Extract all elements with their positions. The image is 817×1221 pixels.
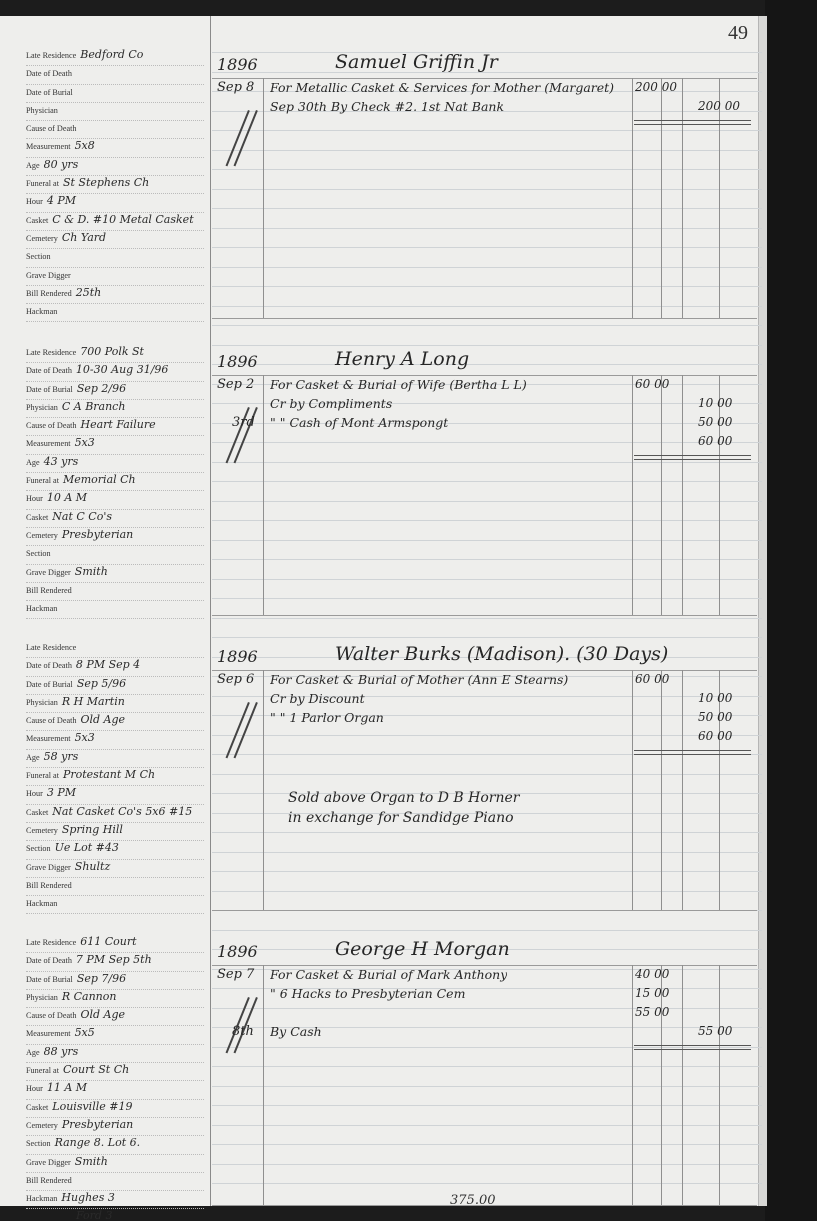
field-label: Date of Death: [26, 69, 72, 78]
field-label: Funeral at: [26, 771, 59, 780]
field-label: Physician: [26, 106, 58, 115]
field-hackman: HackmanHughes 3: [26, 1191, 204, 1209]
field-date-of-burial: Date of BurialSep 7/96: [26, 972, 204, 990]
field-physician: Physician: [26, 103, 204, 121]
field-value: 8 PM Sep 4: [76, 658, 140, 671]
field-value: 88 yrs: [44, 1045, 79, 1058]
field-age: Age43 yrs: [26, 455, 204, 473]
field-physician: PhysicianR Cannon: [26, 990, 204, 1008]
field-cemetery: CemeterySpring Hill: [26, 823, 204, 841]
field-grave-digger: Grave DiggerShultz: [26, 860, 204, 878]
field-label: Physician: [26, 698, 58, 707]
line-credit: 60 00: [698, 434, 732, 448]
field-bill-rendered: Bill Rendered: [26, 1173, 204, 1191]
field-label: Bill Rendered: [26, 1176, 72, 1185]
field-label: Grave Digger: [26, 271, 71, 280]
field-label: Cause of Death: [26, 421, 76, 430]
field-casket: CasketLouisville #19: [26, 1100, 204, 1118]
field-label: Hackman: [26, 604, 57, 613]
field-label: Casket: [26, 1103, 48, 1112]
field-label: Cause of Death: [26, 716, 76, 725]
field-value: Heart Failure: [80, 418, 155, 431]
field-value: 5x3: [75, 436, 95, 449]
column-rule: [682, 670, 683, 910]
column-rule: [263, 965, 264, 1205]
field-label: Bill Rendered: [26, 289, 72, 298]
field-label: Date of Burial: [26, 385, 73, 394]
line-date: Sep 7: [217, 967, 254, 982]
field-bill-rendered: Bill Rendered: [26, 583, 204, 601]
field-label: Grave Digger: [26, 568, 71, 577]
field-label: Hour: [26, 789, 43, 798]
field-value: 3 PM: [47, 786, 76, 799]
field-value: 11 A M: [47, 1081, 87, 1094]
field-date-of-burial: Date of BurialSep 5/96: [26, 677, 204, 695]
column-rule: [661, 78, 662, 318]
column-rule: [263, 670, 264, 910]
field-value: Old Age: [80, 1008, 125, 1021]
field-hackman: Hackman: [26, 896, 204, 914]
page-number: 49: [728, 22, 748, 45]
field-label: Section: [26, 1139, 51, 1148]
field-value: 5x8: [75, 139, 95, 152]
field-section: Section: [26, 546, 204, 564]
column-rule: [632, 965, 633, 1205]
field-value: Memorial Ch: [63, 473, 136, 486]
field-value: Range 8. Lot 6.: [55, 1136, 141, 1149]
field-cause-of-death: Cause of DeathHeart Failure: [26, 418, 204, 436]
field-age: Age88 yrs: [26, 1045, 204, 1063]
entry-name: George H Morgan: [335, 938, 510, 960]
field-label: Funeral at: [26, 179, 59, 188]
field-label: Funeral at: [26, 476, 59, 485]
field-bill-rendered: Bill Rendered: [26, 878, 204, 896]
line-debit: 40 00: [635, 967, 669, 981]
book-binding: [765, 0, 817, 1221]
entry-note: in exchange for Sandidge Piano: [288, 810, 514, 826]
field-cause-of-death: Cause of Death: [26, 121, 204, 139]
entry-fields: Late ResidenceDate of Death8 PM Sep 4Dat…: [26, 640, 204, 914]
field-value: 80 yrs: [44, 158, 79, 171]
entry-note: Sold above Organ to D B Horner: [288, 790, 519, 806]
field-label: Grave Digger: [26, 1158, 71, 1167]
field-value: Ch Yard: [62, 231, 106, 244]
field-value: Nat C Co's: [52, 510, 112, 523]
field-label: Casket: [26, 808, 48, 817]
field-hour: Hour4 PM: [26, 194, 204, 212]
account-closed-rule: [634, 750, 751, 755]
field-date-of-burial: Date of Burial: [26, 85, 204, 103]
line-description: Cr by Compliments: [270, 396, 392, 411]
ruled-line: [212, 637, 762, 638]
field-physician: PhysicianC A Branch: [26, 400, 204, 418]
column-rule: [682, 78, 683, 318]
line-description: For Casket & Burial of Mark Anthony: [270, 967, 507, 982]
field-label: Late Residence: [26, 643, 76, 652]
field-value: 10-30 Aug 31/96: [76, 363, 168, 376]
field-measurement: Measurement5x5: [26, 1026, 204, 1044]
column-rule: [263, 78, 264, 318]
field-cemetery: CemeteryPresbyterian: [26, 528, 204, 546]
field-label: Date of Burial: [26, 975, 73, 984]
entry-fields: Late Residence700 Polk StDate of Death10…: [26, 345, 204, 619]
field-label: Age: [26, 161, 40, 170]
entry-header-rule: [212, 375, 757, 376]
line-description: " " 1 Parlor Organ: [270, 710, 384, 725]
entry-bottom-rule: [212, 318, 757, 319]
field-label: Cause of Death: [26, 124, 76, 133]
entry-year: 1896: [217, 352, 258, 371]
line-description: " 6 Hacks to Presbyterian Cem: [270, 986, 465, 1001]
field-label: Measurement: [26, 142, 71, 151]
field-value: Ford 3: [76, 1209, 112, 1221]
field-value: Presbyterian: [62, 528, 133, 541]
column-rule: [719, 375, 720, 615]
field-label: Age: [26, 1048, 40, 1057]
field-label: Hour: [26, 494, 43, 503]
entry-header-rule: [212, 670, 757, 671]
field-label: Measurement: [26, 734, 71, 743]
field-casket: CasketNat C Co's: [26, 510, 204, 528]
column-rule: [682, 965, 683, 1205]
ledger-entry: Late Residence611 CourtDate of Death7 PM…: [0, 935, 765, 1221]
field-section: SectionRange 8. Lot 6.: [26, 1136, 204, 1154]
line-debit: 200 00: [635, 80, 677, 94]
line-date: 8th: [232, 1024, 254, 1039]
field-late-residence: Late Residence700 Polk St: [26, 345, 204, 363]
field-value: Sep 5/96: [77, 677, 126, 690]
entry-header-rule: [212, 965, 757, 966]
line-credit: 55 00: [698, 1024, 732, 1038]
column-rule: [661, 965, 662, 1205]
field-value: Smith: [75, 565, 108, 578]
ledger-entry: Late Residence700 Polk StDate of Death10…: [0, 345, 765, 635]
field-hour: Hour11 A M: [26, 1081, 204, 1099]
field-hour: Hour10 A M: [26, 491, 204, 509]
field-value: Presbyterian: [62, 1118, 133, 1131]
field-casket: CasketNat Casket Co's 5x6 #15: [26, 805, 204, 823]
field-label: Date of Death: [26, 956, 72, 965]
field-value: Bedford Co: [80, 48, 143, 61]
field-grave-digger: Grave DiggerSmith: [26, 1155, 204, 1173]
field-hackman: Hackman: [26, 601, 204, 619]
field-label: Date of Death: [26, 661, 72, 670]
field-late-residence: Late ResidenceBedford Co: [26, 48, 204, 66]
field-value: R Cannon: [62, 990, 117, 1003]
field-casket: CasketC & D. #10 Metal Casket: [26, 213, 204, 231]
field-label: Grave Digger: [26, 863, 71, 872]
field-label: Late Residence: [26, 348, 76, 357]
line-debit: 60 00: [635, 672, 669, 686]
field-label: Measurement: [26, 439, 71, 448]
field-value: Ue Lot #43: [55, 841, 119, 854]
entry-fields: Late ResidenceBedford CoDate of DeathDat…: [26, 48, 204, 322]
field-label: Late Residence: [26, 51, 76, 60]
field-measurement: Measurement5x8: [26, 139, 204, 157]
entry-fields: Late Residence611 CourtDate of Death7 PM…: [26, 935, 204, 1221]
line-description: For Casket & Burial of Mother (Ann E Ste…: [270, 672, 568, 687]
field-date-of-death: Date of Death7 PM Sep 5th: [26, 953, 204, 971]
field-value: Nat Casket Co's 5x6 #15: [52, 805, 192, 818]
field-value: 43 yrs: [44, 455, 79, 468]
field-label: Hackman: [26, 307, 57, 316]
field-label: Cemetery: [26, 531, 58, 540]
field-section: Section: [26, 249, 204, 267]
account-closed-rule: [634, 120, 751, 125]
field-label: Casket: [26, 216, 48, 225]
field-value: Spring Hill: [62, 823, 123, 836]
field-cemetery: CemeteryCh Yard: [26, 231, 204, 249]
line-description: For Metallic Casket & Services for Mothe…: [270, 80, 614, 95]
field-label: Late Residence: [26, 938, 76, 947]
field-funeral-at: Funeral atCourt St Ch: [26, 1063, 204, 1081]
ledger-entry: Late ResidenceDate of Death8 PM Sep 4Dat…: [0, 640, 765, 930]
line-description: For Casket & Burial of Wife (Bertha L L): [270, 377, 527, 392]
entry-bottom-rule: [212, 910, 757, 911]
field-label: Hour: [26, 197, 43, 206]
line-debit: 60 00: [635, 377, 669, 391]
field-label: Hackman: [26, 1194, 57, 1203]
entry-name: Samuel Griffin Jr: [335, 51, 498, 73]
entry-header-rule: [212, 78, 757, 79]
line-credit: 50 00: [698, 415, 732, 429]
field-date-of-death: Date of Death: [26, 66, 204, 84]
account-closed-rule: [634, 1045, 751, 1050]
field-late-residence: Late Residence611 Court: [26, 935, 204, 953]
column-rule: [263, 375, 264, 615]
field-label: Cause of Death: [26, 1011, 76, 1020]
field-label: Cemetery: [26, 826, 58, 835]
field-value: 25th: [76, 286, 102, 299]
field-value: St Stephens Ch: [63, 176, 149, 189]
field-funeral-at: Funeral atProtestant M Ch: [26, 768, 204, 786]
field-value: Smith: [75, 1155, 108, 1168]
field-label: Cemetery: [26, 1121, 58, 1130]
field-value: Louisville #19: [52, 1100, 132, 1113]
line-credit: 50 00: [698, 710, 732, 724]
field-age: Age80 yrs: [26, 158, 204, 176]
field-value: 4 PM: [47, 194, 76, 207]
field-age: Age58 yrs: [26, 750, 204, 768]
line-credit: 10 00: [698, 691, 732, 705]
field-label: Date of Burial: [26, 88, 73, 97]
field-value: C A Branch: [62, 400, 126, 413]
line-date: Sep 6: [217, 672, 254, 687]
line-date: Sep 8: [217, 80, 254, 95]
field-value: Hughes 3: [61, 1191, 114, 1204]
account-closed-rule: [634, 455, 751, 460]
field-label: Bill Rendered: [26, 586, 72, 595]
entry-bottom-rule: [212, 615, 757, 616]
field-label: Age: [26, 458, 40, 467]
field-date-of-burial: Date of BurialSep 2/96: [26, 382, 204, 400]
field-label: Physician: [26, 993, 58, 1002]
column-rule: [661, 670, 662, 910]
line-credit: 60 00: [698, 729, 732, 743]
line-description: Sep 30th By Check #2. 1st Nat Bank: [270, 99, 504, 114]
field-value: Court St Ch: [63, 1063, 129, 1076]
column-rule: [719, 670, 720, 910]
column-rule: [682, 375, 683, 615]
field-physician: PhysicianR H Martin: [26, 695, 204, 713]
field-label: Hour: [26, 1084, 43, 1093]
field-hour: Hour3 PM: [26, 786, 204, 804]
column-rule: [719, 78, 720, 318]
field-label: Date of Death: [26, 366, 72, 375]
field-value: 7 PM Sep 5th: [76, 953, 152, 966]
page-total: 375.00: [450, 1193, 496, 1208]
column-rule: [719, 965, 720, 1205]
field-value: Sep 7/96: [77, 972, 126, 985]
field-value: 5x5: [75, 1026, 95, 1039]
field-hackman: Hackman: [26, 304, 204, 322]
line-credit: 200 00: [698, 99, 740, 113]
column-rule: [632, 375, 633, 615]
field-cemetery: CemeteryPresbyterian: [26, 1118, 204, 1136]
line-description: " " Cash of Mont Armspongt: [270, 415, 448, 430]
field-label: Age: [26, 753, 40, 762]
field-label: Measurement: [26, 1029, 71, 1038]
field-value: Shultz: [75, 860, 110, 873]
field-cause-of-death: Cause of DeathOld Age: [26, 1008, 204, 1026]
field-value: Old Age: [80, 713, 125, 726]
line-debit: 55 00: [635, 1005, 669, 1019]
field-section: SectionUe Lot #43: [26, 841, 204, 859]
field-value: Protestant M Ch: [63, 768, 155, 781]
field-label: Section: [26, 844, 51, 853]
column-rule: [632, 78, 633, 318]
field-date-of-death: Date of Death8 PM Sep 4: [26, 658, 204, 676]
field-label: Cemetery: [26, 234, 58, 243]
field-value: 58 yrs: [44, 750, 79, 763]
field-grave-digger: Grave Digger: [26, 268, 204, 286]
field-late-residence: Late Residence: [26, 640, 204, 658]
field-value: 5x3: [75, 731, 95, 744]
line-date: Sep 2: [217, 377, 254, 392]
field-label: Funeral at: [26, 1066, 59, 1075]
field-measurement: Measurement5x3: [26, 436, 204, 454]
line-date: 3rd: [232, 415, 255, 430]
field-grave-digger: Grave DiggerSmith: [26, 565, 204, 583]
field-label: Date of Burial: [26, 680, 73, 689]
line-description: By Cash: [270, 1024, 322, 1039]
column-rule: [661, 375, 662, 615]
entry-year: 1896: [217, 942, 258, 961]
entry-year: 1896: [217, 647, 258, 666]
field-label: Hackman: [26, 899, 57, 908]
field-value: Sep 2/96: [77, 382, 126, 395]
field-cause-of-death: Cause of DeathOld Age: [26, 713, 204, 731]
ledger-entry: Late ResidenceBedford CoDate of DeathDat…: [0, 48, 765, 338]
field-label: Physician: [26, 403, 58, 412]
field-value: R H Martin: [62, 695, 125, 708]
field-funeral-at: Funeral atMemorial Ch: [26, 473, 204, 491]
entry-name: Walter Burks (Madison). (30 Days): [335, 643, 668, 665]
line-description: Cr by Discount: [270, 691, 365, 706]
field-date-of-death: Date of Death10-30 Aug 31/96: [26, 363, 204, 381]
field-funeral-at: Funeral atSt Stephens Ch: [26, 176, 204, 194]
column-rule: [632, 670, 633, 910]
field-bill-rendered: Bill Rendered25th: [26, 286, 204, 304]
field-value: 700 Polk St: [80, 345, 144, 358]
line-debit: 15 00: [635, 986, 669, 1000]
field-value: 611 Court: [80, 935, 136, 948]
entry-name: Henry A Long: [335, 348, 469, 370]
field-label: Bill Rendered: [26, 881, 72, 890]
field-value: C & D. #10 Metal Casket: [52, 213, 193, 226]
field-measurement: Measurement5x3: [26, 731, 204, 749]
field-label: Section: [26, 549, 51, 558]
field-value: 10 A M: [47, 491, 87, 504]
field-label: Casket: [26, 513, 48, 522]
field-label: Section: [26, 252, 51, 261]
line-credit: 10 00: [698, 396, 732, 410]
entry-year: 1896: [217, 55, 258, 74]
field-hackman-extra: Ford 3: [26, 1209, 204, 1221]
